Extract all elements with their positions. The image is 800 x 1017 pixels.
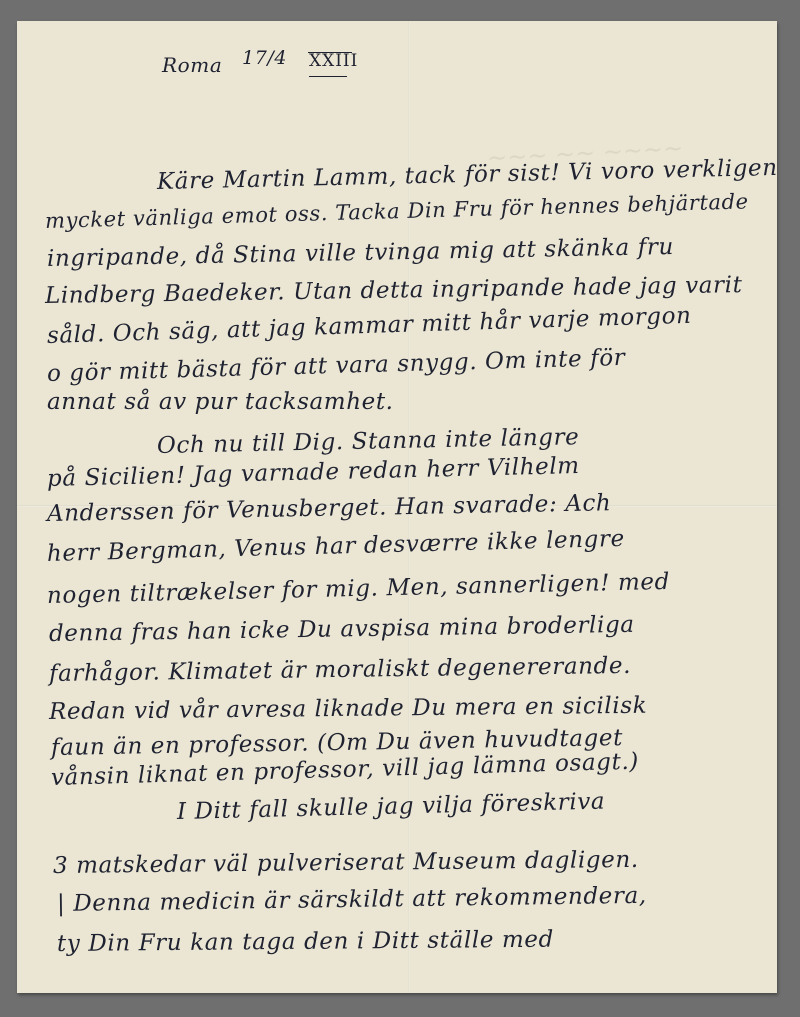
letter-line: I Ditt fall skulle jag vilja föreskriva xyxy=(177,789,606,825)
year-roman-numeral: XXIII xyxy=(309,51,358,71)
letter-line: ty Din Fru kan taga den i Ditt ställe me… xyxy=(57,927,554,957)
year-underline xyxy=(309,76,347,77)
letter-line: på Sicilien! Jag varnade redan herr Vilh… xyxy=(47,453,580,492)
letter-line: | Denna medicin är särskildt att rekomme… xyxy=(57,883,647,917)
letter-line: herr Bergman, Venus har desværre ikke le… xyxy=(47,526,625,567)
date: 17/4 xyxy=(242,47,287,69)
letter-line: denna fras han icke Du avspisa mina brod… xyxy=(49,612,635,647)
letter-line: annat så av pur tacksamhet. xyxy=(47,389,394,415)
letter-line: ingripande, då Stina ville tvinga mig at… xyxy=(47,234,674,272)
letter-page: ~~~ ~~ ~~~~ Roma 17/4 XXIII Käre Martin … xyxy=(17,21,777,993)
letter-line: Anderssen för Venusberget. Han svarade: … xyxy=(47,490,612,527)
letter-line: såld. Och säg, att jag kammar mitt hår v… xyxy=(47,303,692,349)
letter-line: nogen tiltrækelser for mig. Men, sannerl… xyxy=(47,569,670,609)
letter-line: Redan vid vår avresa liknade Du mera en … xyxy=(49,693,647,725)
place-name: Roma xyxy=(162,53,222,77)
year-overline xyxy=(308,52,352,53)
letter-line: farhågor. Klimatet är moraliskt degenere… xyxy=(49,653,631,687)
letter-line: Käre Martin Lamm, tack för sist! Vi voro… xyxy=(157,155,778,195)
letter-line: o gör mitt bästa för att vara snygg. Om … xyxy=(47,345,626,387)
letter-line: mycket vänliga emot oss. Tacka Din Fru f… xyxy=(45,189,749,233)
letter-line: 3 matskedar väl pulveriserat Museum dagl… xyxy=(53,847,639,879)
